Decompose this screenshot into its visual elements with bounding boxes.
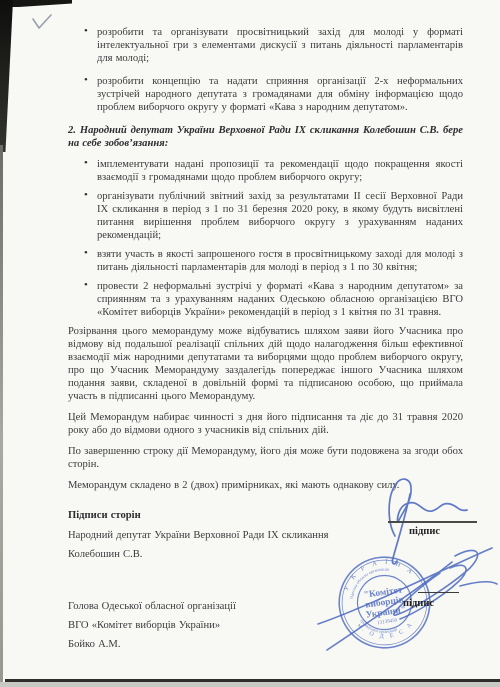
bullet-icon: • xyxy=(84,74,88,87)
paragraph-termination: Розірвання цього меморандуму може відбув… xyxy=(68,325,463,403)
list-item: • імплементувати надані пропозиції та ре… xyxy=(68,158,463,184)
pen-checkmark-icon xyxy=(30,12,54,32)
list-item: • розробити концепцію та надати сприяння… xyxy=(68,75,463,114)
bullet-icon: • xyxy=(84,279,88,292)
list-item: • взяти участь в якості запрошеного гост… xyxy=(68,248,463,274)
scan-edge-left xyxy=(0,0,13,152)
bullet-icon: • xyxy=(84,25,88,38)
list-item-text: імплементувати надані пропозиції та реко… xyxy=(97,159,463,183)
signature-kvu-head xyxy=(300,538,500,663)
signature-caption: підпис xyxy=(409,526,440,537)
list-item: • організувати публічний звітний захід з… xyxy=(68,190,463,242)
bullet-icon: • xyxy=(84,189,88,202)
signature-caption: підпис xyxy=(403,598,434,609)
list-item-text: розробити та організувати просвітницький… xyxy=(97,27,463,64)
list-item-text: розробити концепцію та надати сприяння о… xyxy=(97,76,463,113)
bullet-icon: • xyxy=(84,247,88,260)
scan-edge-left-line xyxy=(0,145,3,687)
signature-line xyxy=(388,521,477,523)
bullet-icon: • xyxy=(84,157,88,170)
section1-list: • розробити та організувати просвітницьк… xyxy=(68,26,463,114)
list-item-text: провести 2 неформальні зустрічі у формат… xyxy=(97,281,463,318)
paragraph-validity: Цей Меморандум набирає чинності з дня йо… xyxy=(68,411,463,437)
document-page: • розробити та організувати просвітницьк… xyxy=(0,0,500,687)
scan-edge-bottom-strip xyxy=(0,682,500,687)
section2-heading: 2. Народний депутат України Верховної Ра… xyxy=(68,124,463,150)
section2-list: • імплементувати надані пропозиції та ре… xyxy=(68,158,463,319)
signature-line xyxy=(418,592,459,593)
list-item-text: організувати публічний звітний захід за … xyxy=(97,191,463,241)
list-item: • провести 2 неформальні зустрічі у форм… xyxy=(68,280,463,319)
list-item-text: взяти участь в якості запрошеного гостя … xyxy=(97,249,463,273)
list-item: • розробити та організувати просвітницьк… xyxy=(68,26,463,65)
